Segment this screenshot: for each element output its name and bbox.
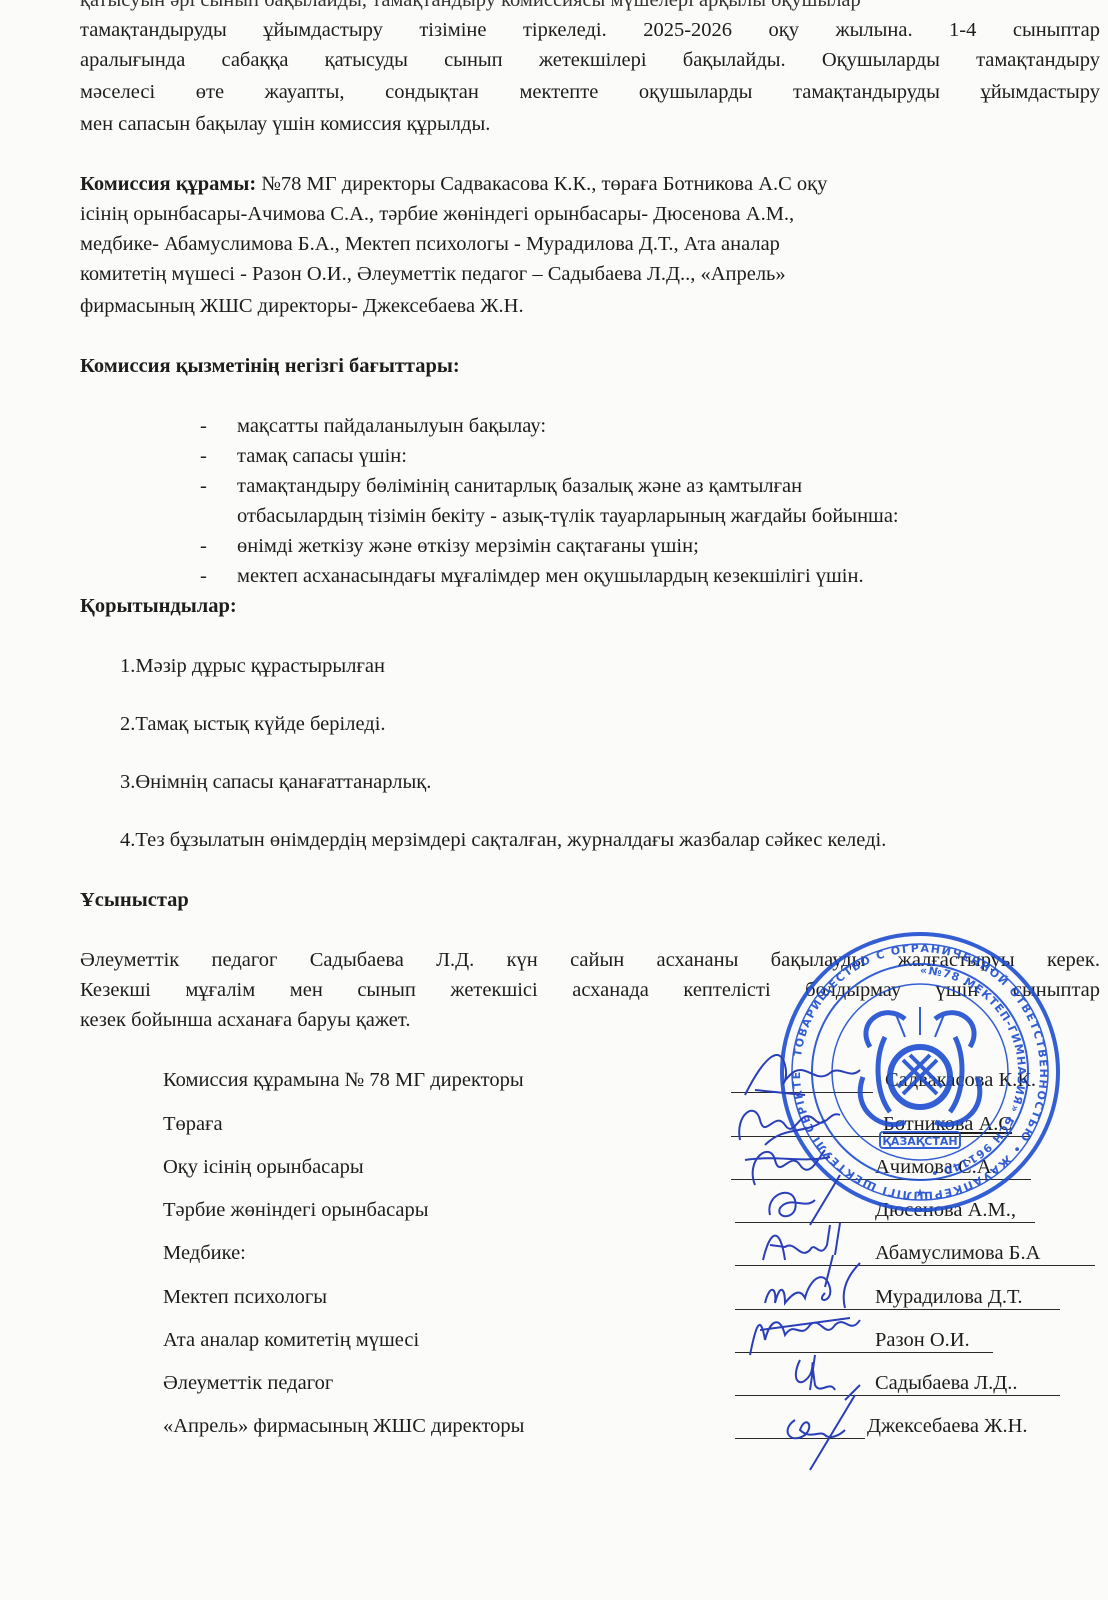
commission-line-5: фирмасының ЖШС директоры- Джексебаева Ж.… <box>80 291 1100 321</box>
signature-name: Мурадилова Д.Т. <box>875 1282 1023 1312</box>
conclusion-item: 4.Тез бұзылатын өнімдердің мерзімдері са… <box>120 825 886 855</box>
dash-bullet: - <box>200 561 207 591</box>
dash-bullet: - <box>200 411 207 441</box>
commission-line-2: ісінің орынбасары-Ачимова С.А., тәрбие ж… <box>80 199 1100 229</box>
intro-line-3: мәселесі өте жауапты, сондықтан мектепте… <box>80 77 1100 107</box>
directions-heading: Комиссия қызметінің негізгі бағыттары: <box>80 351 1100 381</box>
signature-name: Джексебаева Ж.Н. <box>867 1411 1028 1441</box>
signature-role: Комиссия құрамына № 78 МГ директоры <box>163 1065 524 1095</box>
commission-label: Комиссия құрамы: <box>80 173 256 195</box>
signature-name: Садыбаева Л.Д.. <box>875 1368 1018 1398</box>
signature-role: Әлеуметтік педагог <box>163 1368 333 1398</box>
signature-row: Ата аналар комитетің мүшесі Разон О.И. <box>163 1325 1108 1355</box>
signature-name: Разон О.И. <box>875 1325 970 1355</box>
signature-row: Медбике: Абамуслимова Б.А <box>163 1238 1108 1268</box>
intro-line-1: тамақтандыруды ұйымдастыру тізіміне тірк… <box>80 15 1100 45</box>
conclusion-item: 1.Мәзір дұрыс құрастырылған <box>120 651 385 681</box>
svg-text:★: ★ <box>915 1186 926 1200</box>
intro-line-2: аралығында сабаққа қатысуды сынып жетекш… <box>80 45 1100 75</box>
signature-role: Оқу ісінің орынбасары <box>163 1152 364 1182</box>
signature-role: Тәрбие жөніндегі орынбасары <box>163 1195 429 1225</box>
signature-role: Медбике: <box>163 1238 246 1268</box>
cut-off-line: қатысуын әрі сынып бақылайды, тамақтанды… <box>80 0 1100 15</box>
signature-role: Ата аналар комитетің мүшесі <box>163 1325 419 1355</box>
recommendations-heading: Ұсыныстар <box>80 885 1100 915</box>
signature-role: Төраға <box>163 1109 223 1139</box>
dash-bullet: - <box>200 471 207 501</box>
intro-line-4: мен сапасын бақылау үшін комиссия құрылд… <box>80 109 1100 139</box>
signature-role: «Апрель» фирмасының ЖШС директоры <box>163 1411 524 1441</box>
commission-text-1: №78 МГ директоры Садвакасова К.К., төрағ… <box>256 173 827 195</box>
commission-line-1: Комиссия құрамы: №78 МГ директоры Садвак… <box>80 169 1100 199</box>
conclusions-heading: Қорытындылар: <box>80 591 1100 621</box>
dash-bullet: - <box>200 441 207 471</box>
commission-line-4: комитетің мүшесі - Разон О.И., Әлеуметті… <box>80 259 1100 289</box>
svg-text:ҚАЗАҚСТАН: ҚАЗАҚСТАН <box>882 1135 957 1148</box>
signature-row: Мектеп психологы Мурадилова Д.Т. <box>163 1282 1108 1312</box>
document-page: қатысуын әрі сынып бақылайды, тамақтанды… <box>0 0 1108 1600</box>
signature-scribble-icon <box>765 1390 865 1475</box>
commission-line-3: медбике- Абамуслимова Б.А., Мектеп психо… <box>80 229 1100 259</box>
signature-name: Абамуслимова Б.А <box>875 1238 1040 1268</box>
signature-row: «Апрель» фирмасының ЖШС директоры Джексе… <box>163 1411 1108 1441</box>
signature-role: Мектеп психологы <box>163 1282 327 1312</box>
dash-bullet: - <box>200 531 207 561</box>
conclusion-item: 2.Тамақ ыстық күйде беріледі. <box>120 709 386 739</box>
signature-row: Әлеуметтік педагог Садыбаева Л.Д.. <box>163 1368 1108 1398</box>
conclusion-item: 3.Өнімнің сапасы қанағаттанарлық. <box>120 767 431 797</box>
